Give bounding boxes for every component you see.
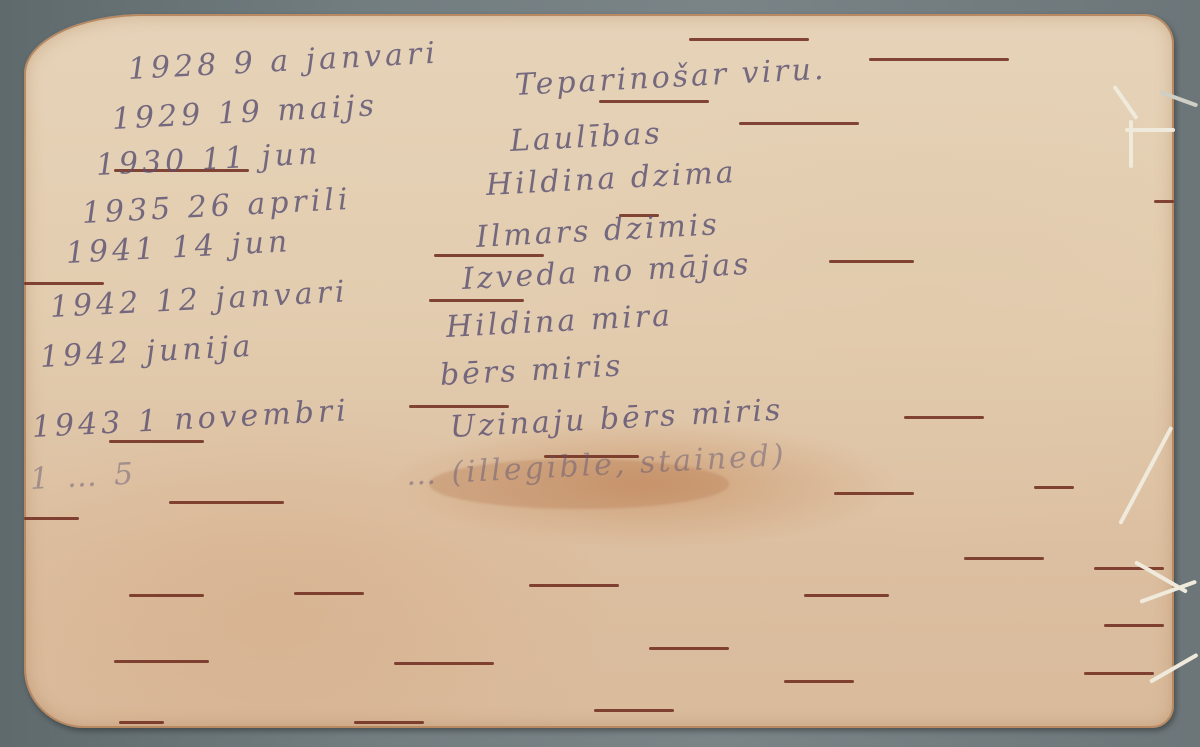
bark-mark [649, 647, 729, 650]
bark-mark [129, 594, 204, 597]
bark-mark [1104, 624, 1164, 627]
bark-mark [119, 721, 164, 724]
bark-mark [294, 592, 364, 595]
bark-mark [394, 662, 494, 665]
bark-mark [834, 492, 914, 495]
bark-mark [1154, 200, 1174, 203]
bark-mark [109, 440, 204, 443]
bark-mark [169, 501, 284, 504]
bark-mark [529, 584, 619, 587]
bark-mark [829, 260, 914, 263]
bark-mark [24, 282, 104, 285]
bark-mark [739, 122, 859, 125]
bark-mark [964, 557, 1044, 560]
bark-mark [784, 680, 854, 683]
bark-mark [904, 416, 984, 419]
bark-mark [114, 660, 209, 663]
bark-mark [594, 709, 674, 712]
string-segment [1129, 120, 1133, 168]
bark-mark [1084, 672, 1154, 675]
bark-mark [1034, 486, 1074, 489]
bark-mark [24, 517, 79, 520]
entry-date: 1 … 5 [29, 456, 138, 497]
bark-mark [869, 58, 1009, 61]
bark-mark [599, 100, 709, 103]
bark-mark [804, 594, 889, 597]
bark-mark [689, 38, 809, 41]
bark-mark [429, 299, 524, 302]
bark-mark [434, 254, 544, 257]
bark-mark [354, 721, 424, 724]
